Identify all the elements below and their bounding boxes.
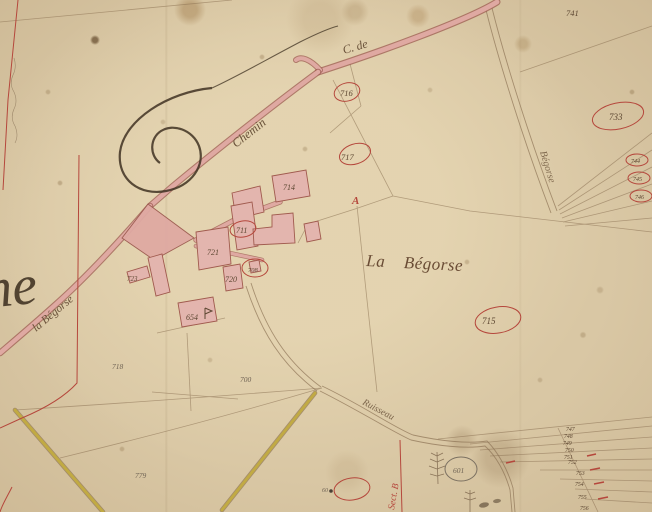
yellow-road-west <box>15 410 103 512</box>
calligraphic-flourish <box>120 88 212 192</box>
building-number: 720 <box>225 275 237 284</box>
strip-line <box>562 184 652 218</box>
boundary-line <box>393 196 652 232</box>
stream-path-edge <box>322 386 515 512</box>
building-number: 711 <box>236 226 247 235</box>
strip-number: 753 <box>576 471 585 477</box>
building <box>253 213 295 245</box>
stream-label: Ruisseau <box>360 397 396 423</box>
building-number: 708 <box>248 267 259 274</box>
boundary-line <box>0 0 232 22</box>
section-label: Sect. B <box>387 483 401 511</box>
strip-number: 748 <box>564 433 573 440</box>
marginal-annotation-scribble <box>11 58 17 143</box>
parcel-number: 716 <box>340 88 354 98</box>
parcel-number: 717 <box>341 152 355 162</box>
strip-number: 754 <box>575 481 584 488</box>
boundary-line <box>520 26 652 72</box>
building-number: 723 <box>127 275 138 283</box>
east-road-edge <box>486 10 551 213</box>
road-hook <box>296 58 320 70</box>
strip-line <box>585 499 652 503</box>
road-label-east: Bégorse <box>537 150 557 185</box>
boundary-line <box>15 388 322 410</box>
parcel-number: 744 <box>631 158 640 165</box>
strip-line <box>565 218 652 226</box>
ink-dot <box>329 489 333 493</box>
strip-line <box>575 489 652 492</box>
boundary-line <box>357 206 377 392</box>
parcel-number: 741 <box>566 8 579 18</box>
strip-number: 750 <box>565 448 574 454</box>
red-tick <box>506 461 515 463</box>
hamlet-square <box>122 204 194 260</box>
strip-number: 747 <box>566 426 576 433</box>
label-layer: C. de Chemin la Bégorse La Bégorse Bégor… <box>30 36 557 510</box>
tree-symbol <box>429 452 445 484</box>
tree-trunk <box>437 452 438 484</box>
scrub-mark <box>479 502 490 509</box>
parcel-number: 745 <box>633 176 642 183</box>
section-line-left <box>3 0 18 190</box>
parcel-number: 60 <box>322 488 328 494</box>
building <box>148 254 170 296</box>
yellow-road-east <box>222 393 315 510</box>
parcel-number: 718 <box>112 362 124 371</box>
red-tick <box>594 482 604 484</box>
cadastral-map-scan: ne C. de Chemin la Bégorse La Bégorse Bé… <box>0 0 652 512</box>
strip-number: 749 <box>563 440 572 447</box>
parcel-number: 601 <box>453 466 464 475</box>
strip-number-column: 747 748 749 750 751 752 753 754 755 756 <box>563 426 589 512</box>
red-ink-layer <box>0 0 652 512</box>
strip-number: 756 <box>580 506 589 512</box>
stream-path-edge <box>320 391 512 512</box>
map-canvas: ne C. de Chemin la Bégorse La Bégorse Bé… <box>0 0 652 512</box>
tree-symbol <box>464 490 476 512</box>
strip-line <box>438 417 652 439</box>
red-circle-715 <box>473 303 523 337</box>
yellow-roads <box>15 393 315 512</box>
building-number: 714 <box>283 183 295 192</box>
red-circle-empty <box>333 476 372 503</box>
pink-roads <box>0 2 497 353</box>
red-tick <box>587 454 596 456</box>
building <box>304 221 321 242</box>
boundary-line <box>187 333 191 411</box>
boundary-line <box>60 388 322 458</box>
parcel-number: 700 <box>240 375 252 384</box>
calligraphic-flourish-tail <box>212 26 338 88</box>
survey-marker-a: A <box>351 195 359 207</box>
parcel-number: 746 <box>635 194 644 201</box>
parcel-number: 733 <box>609 112 623 122</box>
hamlet-lane-edge <box>251 283 321 387</box>
red-tick <box>598 497 608 499</box>
place-label-la-begorse: La Bégorse <box>365 251 464 275</box>
building <box>178 297 217 327</box>
margin-letters: ne <box>0 254 40 321</box>
boundary-line <box>308 196 393 224</box>
strip-line <box>560 479 652 481</box>
strip-number: 755 <box>578 495 587 501</box>
boundary-line <box>330 106 361 133</box>
strip-number: 752 <box>568 460 577 466</box>
scrub-mark <box>493 498 501 503</box>
building-number: 654 <box>186 313 198 322</box>
parcel-number: 715 <box>482 316 496 326</box>
section-line-b <box>400 440 402 512</box>
parcel-boundary-lines <box>0 0 652 512</box>
parcel-number: 779 <box>135 471 147 480</box>
section-line-corner <box>0 487 12 512</box>
building-number: 721 <box>207 248 219 257</box>
